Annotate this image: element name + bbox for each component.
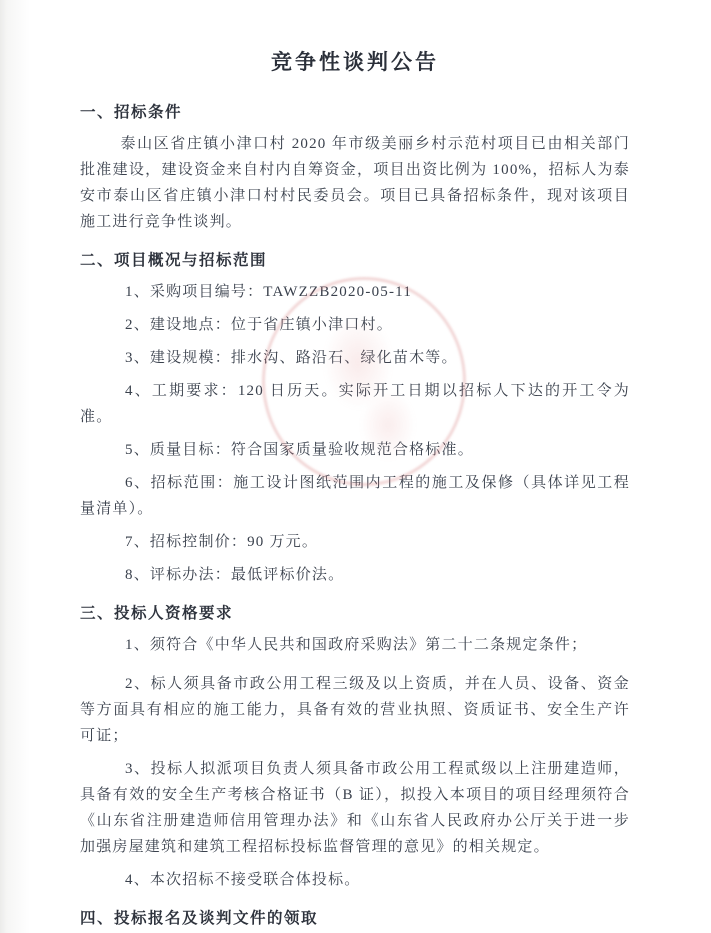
section-1-heading: 一、招标条件 — [80, 100, 630, 122]
item-procurement-number: 1、采购项目编号：TAWZZB2020-05-11 — [80, 279, 630, 305]
item-project-manager-requirement: 3、投标人拟派项目负责人须具备市政公用工程贰级以上注册建造师，具备有效的安全生产… — [80, 756, 630, 860]
item-law-compliance: 1、须符合《中华人民共和国政府采购法》第二十二条规定条件； — [80, 632, 630, 658]
section-bidding-conditions: 一、招标条件 泰山区省庄镇小津口村 2020 年市级美丽乡村示范村项目已由相关部… — [80, 100, 630, 235]
document-title: 竞争性谈判公告 — [80, 46, 630, 76]
section-4-heading: 四、投标报名及谈判文件的领取 — [80, 906, 630, 928]
item-construction-period: 4、工期要求：120 日历天。实际开工日期以招标人下达的开工令为准。 — [80, 378, 630, 430]
item-bidding-scope: 6、招标范围：施工设计图纸范围内工程的施工及保修（具体详见工程量清单）。 — [80, 470, 630, 522]
section-registration: 四、投标报名及谈判文件的领取 — [80, 906, 630, 928]
section-project-overview: 二、项目概况与招标范围 1、采购项目编号：TAWZZB2020-05-11 2、… — [80, 248, 630, 588]
item-quality-target: 5、质量目标：符合国家质量验收规范合格标准。 — [80, 437, 630, 463]
section-1-paragraph: 泰山区省庄镇小津口村 2020 年市级美丽乡村示范村项目已由相关部门批准建设，建… — [80, 131, 630, 235]
section-bidder-qualifications: 三、投标人资格要求 1、须符合《中华人民共和国政府采购法》第二十二条规定条件； … — [80, 601, 630, 893]
item-price-ceiling: 7、招标控制价：90 万元。 — [80, 529, 630, 555]
item-enterprise-qualification: 2、标人须具备市政公用工程三级及以上资质，并在人员、设备、资金等方面具有相应的施… — [80, 671, 630, 749]
section-3-heading: 三、投标人资格要求 — [80, 601, 630, 623]
document-page: 竞争性谈判公告 一、招标条件 泰山区省庄镇小津口村 2020 年市级美丽乡村示范… — [0, 0, 711, 933]
section-2-heading: 二、项目概况与招标范围 — [80, 248, 630, 270]
item-construction-location: 2、建设地点：位于省庄镇小津口村。 — [80, 312, 630, 338]
item-evaluation-method: 8、评标办法：最低评标价法。 — [80, 562, 630, 588]
item-construction-scale: 3、建设规模：排水沟、路沿石、绿化苗木等。 — [80, 345, 630, 371]
item-no-consortium: 4、本次招标不接受联合体投标。 — [80, 867, 630, 893]
